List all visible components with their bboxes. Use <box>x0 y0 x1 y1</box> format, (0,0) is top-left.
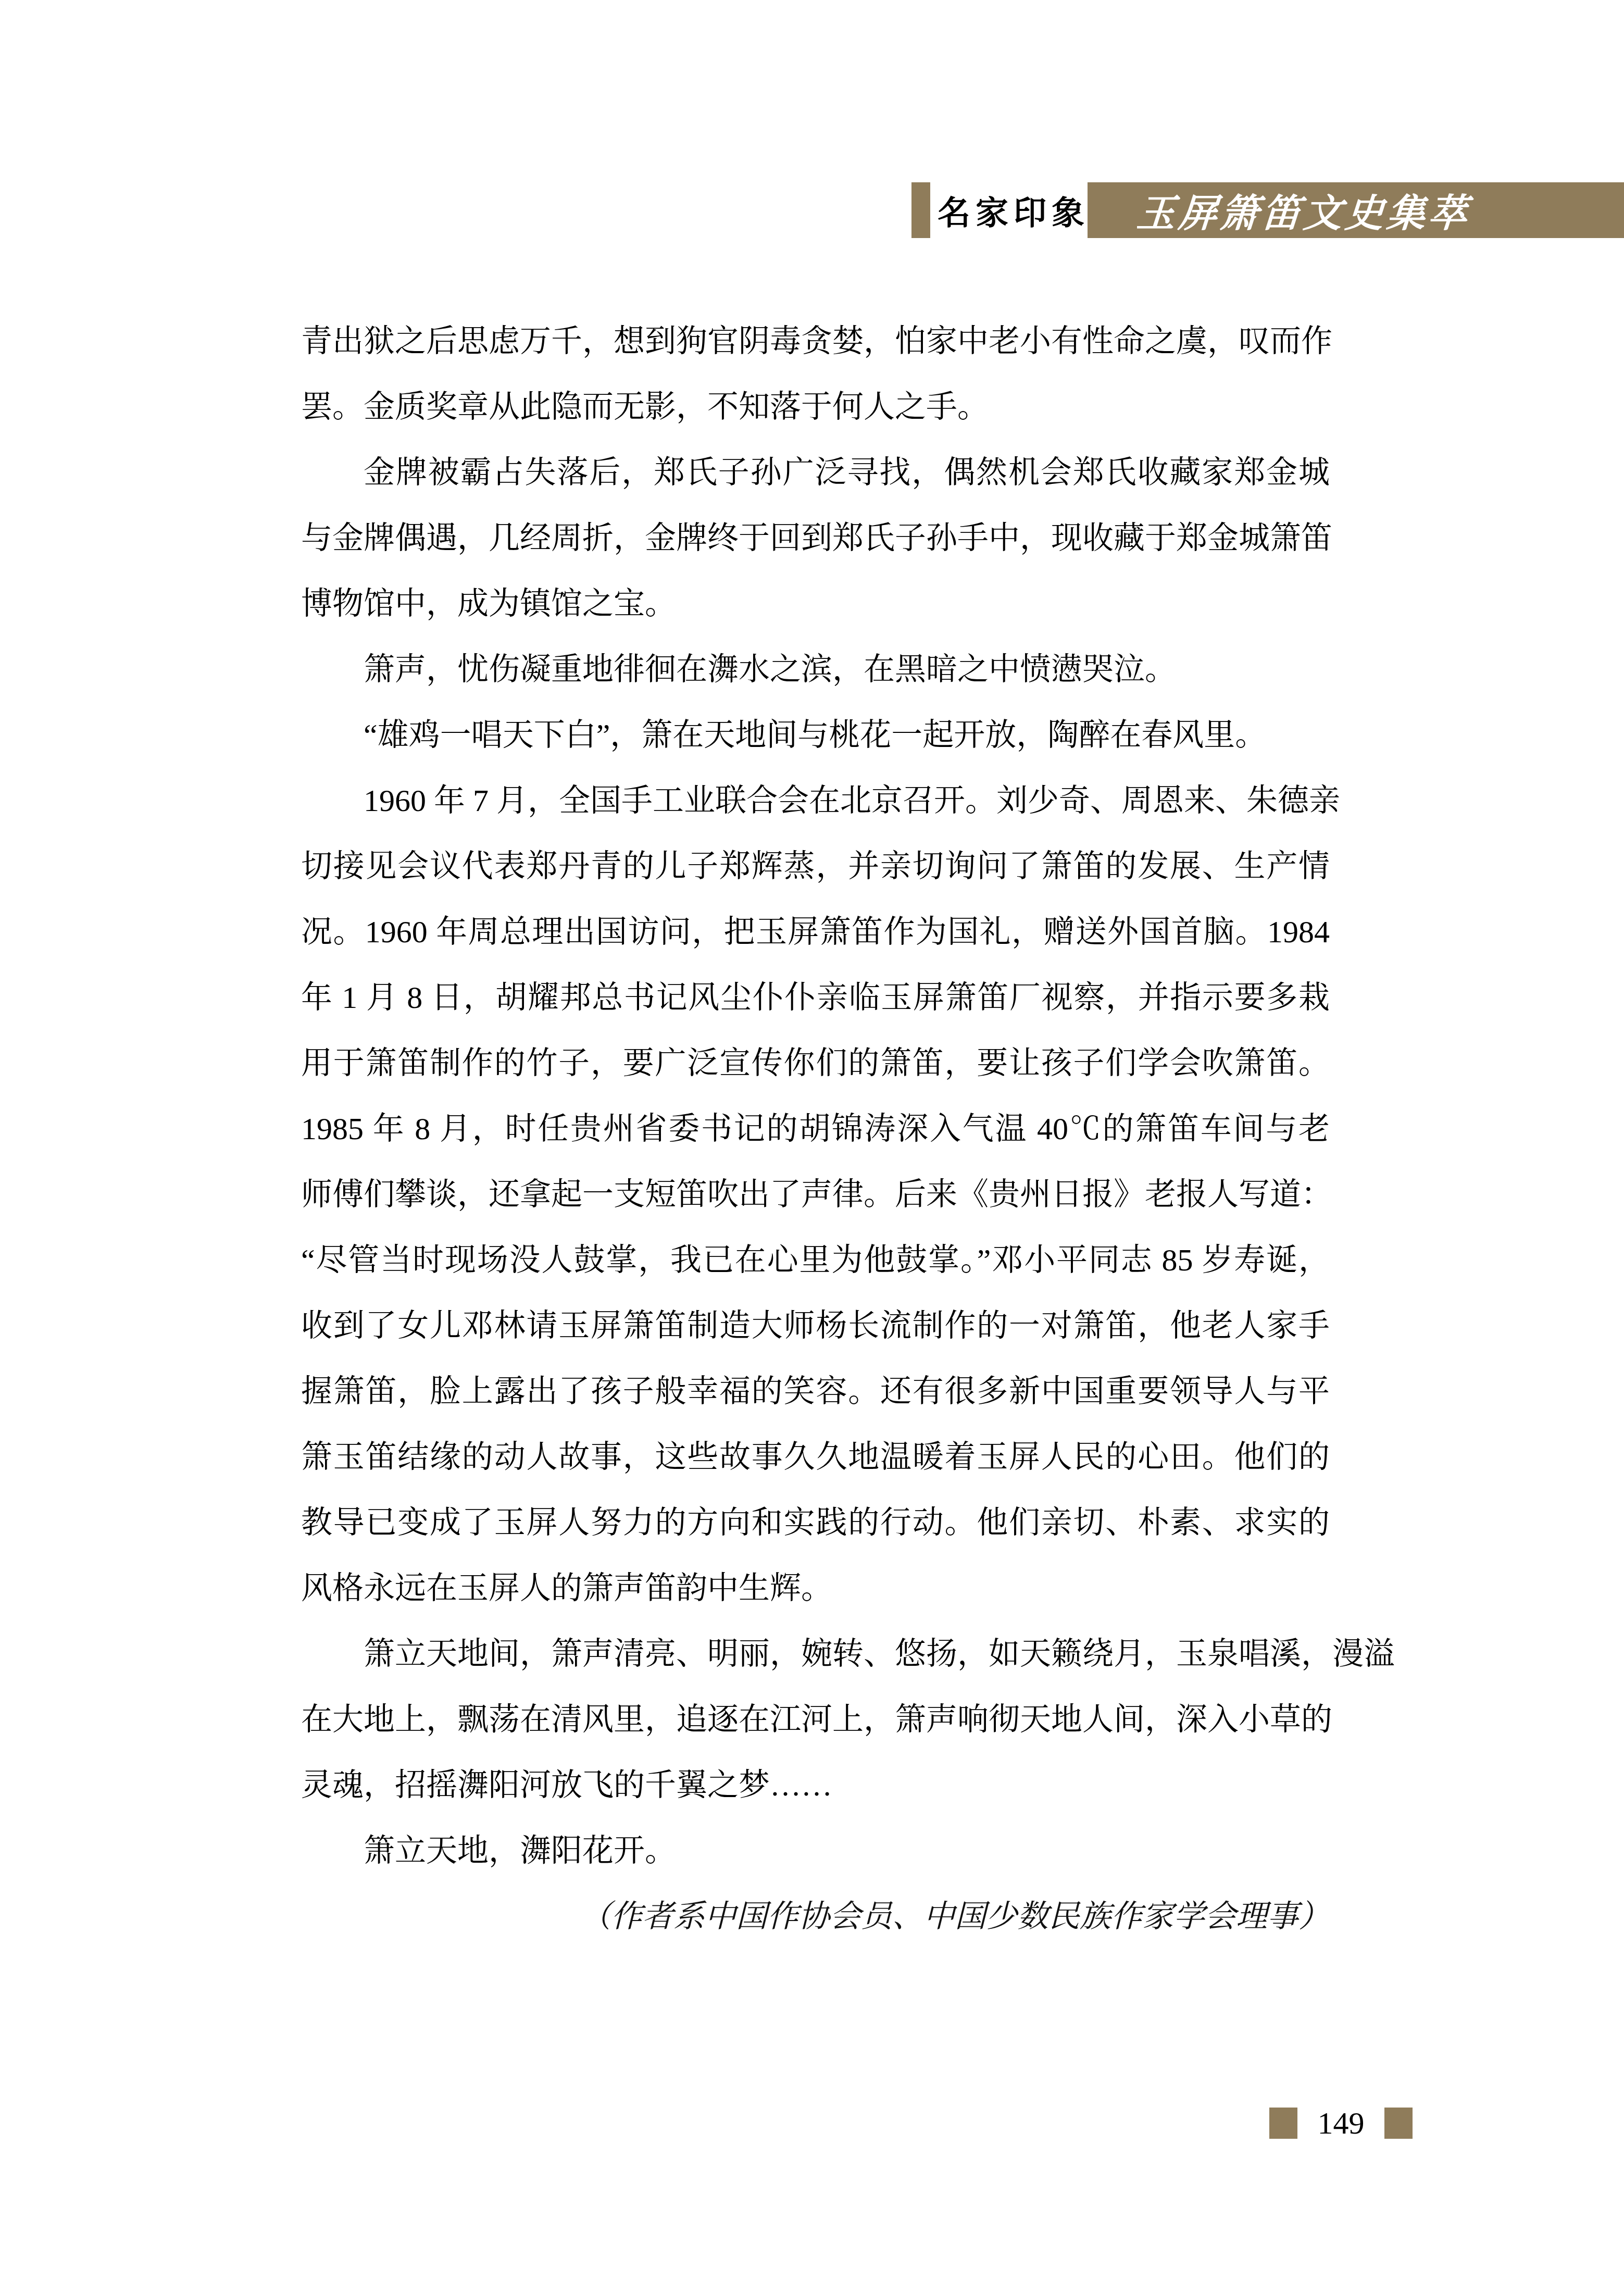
text-line: “雄鸡一唱天下白”，箫在天地间与桃花一起开放，陶醉在春风里。 <box>301 702 1330 768</box>
attribution: （作者系中国作协会员、中国少数民族作家学会理事） <box>301 1884 1330 1949</box>
text-line: 1985 年 8 月，时任贵州省委书记的胡锦涛深入气温 40℃的箫笛车间与老 <box>301 1096 1330 1162</box>
text-line: 金牌被霸占失落后，郑氏子孙广泛寻找，偶然机会郑氏收藏家郑金城 <box>301 440 1330 505</box>
text-line: 罢。金质奖章从此隐而无影，不知落于何人之手。 <box>301 374 1330 440</box>
book-page: 名家印象 玉屏箫笛文史集萃 青出狱之后思虑万千，想到狗官阴毒贪婪，怕家中老小有性… <box>0 0 1624 2269</box>
series-title-calligraphy: 玉屏箫笛文史集萃 <box>1085 182 1624 238</box>
text-line: 用于箫笛制作的竹子，要广泛宣传你们的箫笛，要让孩子们学会吹箫笛。 <box>301 1030 1330 1096</box>
header-accent-bar <box>911 182 930 238</box>
text-line: 箫立天地间，箫声清亮、明丽，婉转、悠扬，如天籁绕月，玉泉唱溪，漫溢 <box>301 1621 1330 1687</box>
text-line: 与金牌偶遇，几经周折，金牌终于回到郑氏子孙手中，现收藏于郑金城箫笛 <box>301 505 1330 571</box>
body-text: 青出狱之后思虑万千，想到狗官阴毒贪婪，怕家中老小有性命之虞，叹而作罢。金质奖章从… <box>301 308 1330 1949</box>
footer-square-left <box>1269 2108 1297 2139</box>
text-line: 年 1 月 8 日，胡耀邦总书记风尘仆仆亲临玉屏箫笛厂视察，并指示要多栽 <box>301 965 1330 1030</box>
page-number: 149 <box>1301 2105 1381 2141</box>
text-line: “尽管当时现场没人鼓掌，我已在心里为他鼓掌。”邓小平同志 85 岁寿诞， <box>301 1227 1330 1293</box>
text-line: 收到了女儿邓林请玉屏箫笛制造大师杨长流制作的一对箫笛，他老人家手 <box>301 1293 1330 1358</box>
text-line: 箫声，忧伤凝重地徘徊在㵲水之滨，在黑暗之中愤懑哭泣。 <box>301 637 1330 702</box>
text-line: 教导已变成了玉屏人努力的方向和实践的行动。他们亲切、朴素、求实的 <box>301 1490 1330 1555</box>
text-line: 箫立天地，㵲阳花开。 <box>301 1818 1330 1884</box>
lines-container: 青出狱之后思虑万千，想到狗官阴毒贪婪，怕家中老小有性命之虞，叹而作罢。金质奖章从… <box>301 308 1330 1884</box>
text-line: 灵魂，招摇㵲阳河放飞的千翼之梦…… <box>301 1752 1330 1818</box>
section-label: 名家印象 <box>938 182 1090 238</box>
text-line: 师傅们攀谈，还拿起一支短笛吹出了声律。后来《贵州日报》老报人写道： <box>301 1162 1330 1227</box>
text-line: 青出狱之后思虑万千，想到狗官阴毒贪婪，怕家中老小有性命之虞，叹而作 <box>301 308 1330 374</box>
footer-square-right <box>1384 2108 1413 2139</box>
text-line: 握箫笛，脸上露出了孩子般幸福的笑容。还有很多新中国重要领导人与平 <box>301 1358 1330 1424</box>
text-line: 在大地上，飘荡在清风里，追逐在江河上，箫声响彻天地人间，深入小草的 <box>301 1687 1330 1752</box>
text-line: 况。1960 年周总理出国访问，把玉屏箫笛作为国礼，赠送外国首脑。1984 <box>301 899 1330 965</box>
text-line: 箫玉笛结缘的动人故事，这些故事久久地温暖着玉屏人民的心田。他们的 <box>301 1424 1330 1490</box>
text-line: 切接见会议代表郑丹青的儿子郑辉蒸，并亲切询问了箫笛的发展、生产情 <box>301 833 1330 899</box>
text-line: 博物馆中，成为镇馆之宝。 <box>301 571 1330 637</box>
text-line: 风格永远在玉屏人的箫声笛韵中生辉。 <box>301 1555 1330 1621</box>
text-line: 1960 年 7 月，全国手工业联合会在北京召开。刘少奇、周恩来、朱德亲 <box>301 768 1330 833</box>
